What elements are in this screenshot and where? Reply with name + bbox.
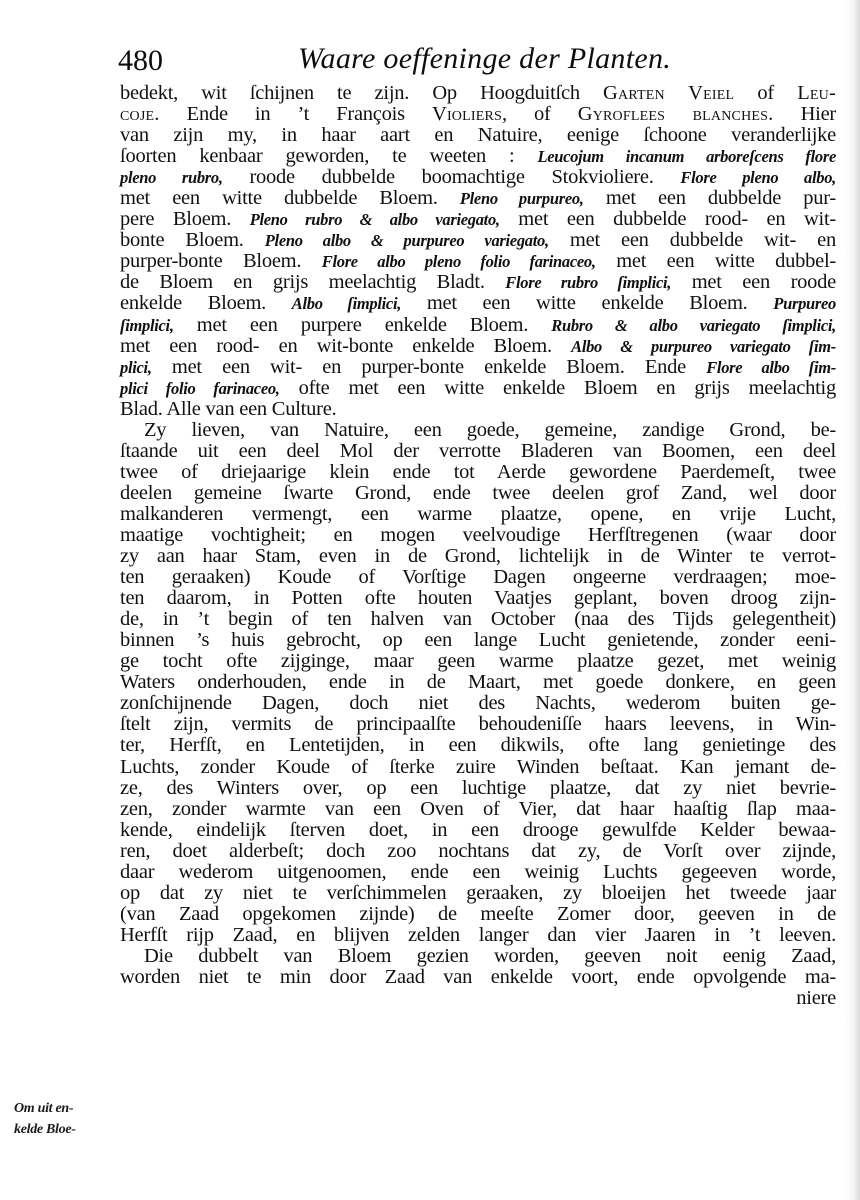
text-line: worden niet te min door Zaad van enkelde… (120, 967, 836, 988)
roman-text: ten daarom, in Potten ofte houten Vaatje… (120, 587, 836, 609)
roman-text: met een roode (671, 271, 836, 293)
roman-text: (van Zaad opgekomen zijnde) de meeſte Zo… (120, 903, 836, 925)
text-line: ge tocht ofte zijginge, maar geen warme … (120, 651, 836, 672)
roman-text: op dat zy niet te verſchimmelen geraaken… (120, 882, 836, 904)
text-line: plici folio farinaceo, ofte met een witt… (120, 378, 836, 399)
margin-note-line: kelde Bloe- (14, 1119, 114, 1140)
italic-latin-text: Rubro & albo variegato ſimplici, (551, 316, 836, 335)
text-line: bedekt, wit ſchijnen te zijn. Op Hoogdui… (120, 83, 836, 104)
text-line: plici, met een wit- en purper-bonte enke… (120, 357, 836, 378)
text-line: enkelde Bloem. Albo ſimplici, met een wi… (120, 293, 836, 314)
text-line: daar wederom uitgenoomen, ende een weini… (120, 862, 836, 883)
roman-text: kende, eindelijk ſterven doet, in een dr… (120, 819, 836, 841)
text-line: van zijn my, in haar aart en Natuire, ee… (120, 125, 836, 146)
text-line: twee of driejaarige klein ende tot Aerde… (120, 462, 836, 483)
roman-text: Luchts, zonder Koude of ſterke zuire Win… (120, 756, 836, 778)
roman-text: de Bloem en grijs meelachtig Bladt. (120, 271, 505, 293)
text-line: deelen gemeine ſwarte Grond, ende twee d… (120, 483, 836, 504)
roman-text: niere (796, 987, 836, 1009)
text-line: ter, Herfſt, en Lentetijden, in een dikw… (120, 735, 836, 756)
text-line: ze, des Winters over, op een luchtige pl… (120, 778, 836, 799)
text-line: zonſchijnende Dagen, doch niet des Nacht… (120, 693, 836, 714)
roman-text: worden niet te min door Zaad van enkelde… (120, 966, 836, 988)
roman-text: ſtaande uit een deel Mol der verrotte Bl… (120, 440, 836, 462)
small-caps-text: Gyroflees blanches. (578, 103, 774, 125)
small-caps-text: coje. (120, 103, 160, 125)
italic-latin-text: Albo ſimplici, (292, 294, 401, 313)
text-line: binnen ’s huis gebrocht, op een lange Lu… (120, 630, 836, 651)
roman-text: Waters onderhouden, ende in de Maart, me… (120, 671, 836, 693)
text-line: pere Bloem. Pleno rubro & albo variegato… (120, 209, 836, 230)
roman-text: ten geraaken) Koude of Vorſtige Dagen on… (120, 566, 836, 588)
page-number: 480 (118, 44, 163, 78)
page-edge-shadow (846, 0, 860, 1200)
text-line: malkanderen vermengt, een warme plaatze,… (120, 504, 836, 525)
text-line: met een witte dubbelde Bloem. Pleno purp… (120, 188, 836, 209)
italic-latin-text: Pleno rubro & albo variegato, (250, 210, 500, 229)
roman-text: zy aan haar Stam, even in de Grond, lich… (120, 545, 836, 567)
roman-text: bedekt, wit ſchijnen te zijn. Op Hoogdui… (120, 82, 603, 104)
text-line: (van Zaad opgekomen zijnde) de meeſte Zo… (120, 904, 836, 925)
roman-text: met een wit- en purper-bonte enkelde Blo… (152, 356, 707, 378)
roman-text: met een dubbelde pur- (584, 187, 836, 209)
roman-text: purper-bonte Bloem. (120, 250, 322, 272)
italic-latin-text: plici folio farinaceo, (120, 379, 280, 398)
roman-text: , of (502, 103, 578, 125)
text-line: niere (120, 988, 836, 1009)
text-line: maatige vochtigheit; en mogen veelvoudig… (120, 525, 836, 546)
roman-text: zen, zonder warmte van een Oven of Vier,… (120, 798, 836, 820)
italic-latin-text: Flore pleno albo, (680, 168, 836, 187)
text-line: ſtaande uit een deel Mol der verrotte Bl… (120, 441, 836, 462)
small-caps-text: Garten Veiel (603, 82, 734, 104)
roman-text: met een dubbelde rood- en wit- (500, 208, 836, 230)
text-line: bonte Bloem. Pleno albo & purpureo varie… (120, 230, 836, 251)
roman-text: roode dubbelde boomachtige Stokvioliere. (223, 166, 681, 188)
text-line: Waters onderhouden, ende in de Maart, me… (120, 672, 836, 693)
roman-text: ſtelt zijn, vermits de principaalſte beh… (120, 713, 836, 735)
roman-text: Blad. Alle van een Culture. (120, 398, 336, 420)
text-line: de Bloem en grijs meelachtig Bladt. Flor… (120, 272, 836, 293)
text-line: ſtelt zijn, vermits de principaalſte beh… (120, 714, 836, 735)
roman-text: met een dubbelde wit- en (549, 229, 836, 251)
text-line: ſoorten kenbaar geworden, te weeten : Le… (120, 146, 836, 167)
text-line: kende, eindelijk ſterven doet, in een dr… (120, 820, 836, 841)
text-line: pleno rubro, roode dubbelde boomachtige … (120, 167, 836, 188)
text-line: ten daarom, in Potten ofte houten Vaatje… (120, 588, 836, 609)
small-caps-text: Violiers (432, 103, 502, 125)
roman-text: daar wederom uitgenoomen, ende een weini… (120, 861, 836, 883)
roman-text: zonſchijnende Dagen, doch niet des Nacht… (120, 692, 836, 714)
roman-text: enkelde Bloem. (120, 292, 292, 314)
text-line: op dat zy niet te verſchimmelen geraaken… (120, 883, 836, 904)
roman-text: ze, des Winters over, op een luchtige pl… (120, 777, 836, 799)
roman-text: de, in ’t begin of ten halven van Octobe… (120, 608, 836, 630)
roman-text: ge tocht ofte zijginge, maar geen warme … (120, 650, 836, 672)
italic-latin-text: Albo & purpureo variegato ſim- (571, 337, 836, 356)
roman-text: ren, doet alderbeſt; doch zoo nochtans d… (120, 840, 836, 862)
running-title: Waare oeffeninge der Planten. (298, 42, 671, 76)
roman-text: Ende in ’t François (160, 103, 432, 125)
roman-text: met een witte enkelde Bloem. (401, 292, 773, 314)
page-header: 480 Waare oeffeninge der Planten. (118, 42, 838, 82)
small-caps-text: Leu- (797, 82, 836, 104)
text-line: purper-bonte Bloem. Flore albo pleno fol… (120, 251, 836, 272)
roman-text: ter, Herfſt, en Lentetijden, in een dikw… (120, 734, 836, 756)
roman-text: ofte met een witte enkelde Bloem en grij… (280, 377, 836, 399)
italic-latin-text: plici, (120, 358, 152, 377)
italic-latin-text: pleno rubro, (120, 168, 223, 187)
text-line: ren, doet alderbeſt; doch zoo nochtans d… (120, 841, 836, 862)
roman-text: met een witte dubbelde Bloem. (120, 187, 460, 209)
italic-latin-text: Purpureo (773, 294, 836, 313)
margin-note-line: Om uit en- (14, 1098, 114, 1119)
italic-latin-text: Leucojum incanum arboreſcens flore (537, 147, 836, 166)
roman-text: met een rood- en wit-bonte enkelde Bloem… (120, 335, 571, 357)
text-line: de, in ’t begin of ten halven van Octobe… (120, 609, 836, 630)
roman-text: binnen ’s huis gebrocht, op een lange Lu… (120, 629, 836, 651)
roman-text: bonte Bloem. (120, 229, 265, 251)
text-line: Herfſt rijp Zaad, en blijven zelden lang… (120, 925, 836, 946)
roman-text: pere Bloem. (120, 208, 250, 230)
roman-text: Hier (773, 103, 836, 125)
italic-latin-text: Pleno albo & purpureo variegato, (265, 231, 549, 250)
body-text: bedekt, wit ſchijnen te zijn. Op Hoogdui… (120, 83, 836, 1009)
roman-text: twee of driejaarige klein ende tot Aerde… (120, 461, 836, 483)
text-line: met een rood- en wit-bonte enkelde Bloem… (120, 336, 836, 357)
italic-latin-text: Flore rubro ſimplici, (505, 273, 671, 292)
text-line: Zy lieven, van Natuire, een goede, gemei… (120, 420, 836, 441)
italic-latin-text: Flore albo pleno folio farinaceo, (322, 252, 596, 271)
text-line: ſimplici, met een purpere enkelde Bloem.… (120, 315, 836, 336)
italic-latin-text: Pleno purpureo, (460, 189, 584, 208)
roman-text: met een witte dubbel- (596, 250, 836, 272)
text-line: coje. Ende in ’t François Violiers, of G… (120, 104, 836, 125)
text-line: Blad. Alle van een Culture. (120, 399, 836, 420)
text-line: Luchts, zonder Koude of ſterke zuire Win… (120, 757, 836, 778)
italic-latin-text: ſimplici, (120, 316, 174, 335)
margin-note: Om uit en- kelde Bloe- (14, 1098, 114, 1140)
text-line: zy aan haar Stam, even in de Grond, lich… (120, 546, 836, 567)
roman-text: Zy lieven, van Natuire, een goede, gemei… (144, 419, 836, 441)
text-line: ten geraaken) Koude of Vorſtige Dagen on… (120, 567, 836, 588)
roman-text: malkanderen vermengt, een warme plaatze,… (120, 503, 836, 525)
roman-text: Herfſt rijp Zaad, en blijven zelden lang… (120, 924, 836, 946)
roman-text: deelen gemeine ſwarte Grond, ende twee d… (120, 482, 836, 504)
roman-text: met een purpere enkelde Bloem. (174, 314, 552, 336)
roman-text: Die dubbelt van Bloem gezien worden, gee… (144, 945, 836, 967)
italic-latin-text: Flore albo ſim- (706, 358, 836, 377)
roman-text: van zijn my, in haar aart en Natuire, ee… (120, 124, 836, 146)
roman-text: ſoorten kenbaar geworden, te weeten : (120, 145, 537, 167)
roman-text: of (734, 82, 797, 104)
roman-text: maatige vochtigheit; en mogen veelvoudig… (120, 524, 836, 546)
text-line: zen, zonder warmte van een Oven of Vier,… (120, 799, 836, 820)
book-page: 480 Waare oeffeninge der Planten. Om uit… (0, 0, 860, 1200)
text-line: Die dubbelt van Bloem gezien worden, gee… (120, 946, 836, 967)
